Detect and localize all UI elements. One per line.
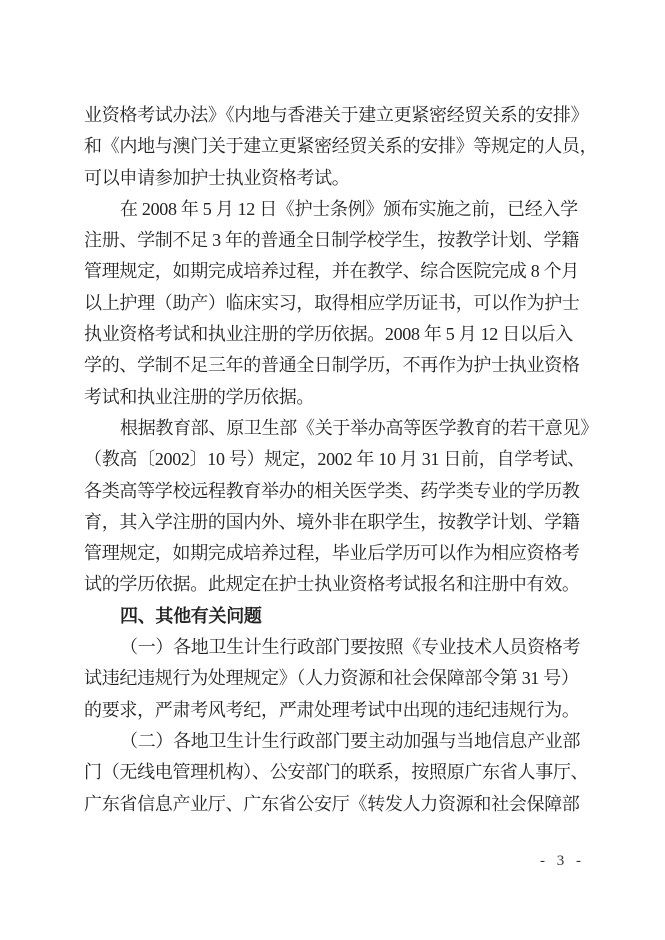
text-line: 学的、学制不足三年的普通全日制学历，不再作为护士执业资格 — [84, 350, 606, 381]
text-line: 试的学历依据。此规定在护士执业资格考试报名和注册中有效。 — [84, 569, 606, 600]
text-line: 在 2008 年 5 月 12 日《护士条例》颁布实施之前，已经入学 — [84, 194, 606, 225]
text-line: 门（无线电管理机构）、公安部门的联系，按照原广东省人事厅、 — [84, 757, 606, 788]
text-line: 执业资格考试和执业注册的学历依据。2008 年 5 月 12 日以后入 — [84, 319, 606, 350]
text-line: 育，其入学注册的国内外、境外非在职学生，按教学计划、学籍 — [84, 507, 606, 538]
text-line: 管理规定，如期完成培养过程，并在教学、综合医院完成 8 个月 — [84, 256, 606, 287]
text-line: 各类高等学校远程教育举办的相关医学类、药学类专业的学历教 — [84, 476, 606, 507]
text-line: 的要求，严肃考风考纪，严肃处理考试中出现的违纪违规行为。 — [84, 695, 606, 726]
text-line: 管理规定，如期完成培养过程，毕业后学历可以作为相应资格考 — [84, 538, 606, 569]
document-page: 业资格考试办法》《内地与香港关于建立更紧密经贸关系的安排》和《内地与澳门关于建立… — [0, 0, 665, 940]
text-line: （一）各地卫生计生行政部门要按照《专业技术人员资格考 — [84, 632, 606, 663]
text-line: （教高〔2002〕10 号）规定，2002 年 10 月 31 日前，自学考试、 — [84, 444, 606, 475]
text-line: 注册、学制不足 3 年的普通全日制学校学生，按教学计划、学籍 — [84, 225, 606, 256]
section-heading: 四、其他有关问题 — [84, 601, 606, 632]
text-line: 考试和执业注册的学历依据。 — [84, 382, 606, 413]
text-line: 业资格考试办法》《内地与香港关于建立更紧密经贸关系的安排》 — [84, 100, 606, 131]
text-line: （二）各地卫生计生行政部门要主动加强与当地信息产业部 — [84, 726, 606, 757]
text-line: 根据教育部、原卫生部《关于举办高等医学教育的若干意见》 — [84, 413, 606, 444]
text-line: 试违纪违规行为处理规定》（人力资源和社会保障部令第 31 号） — [84, 663, 606, 694]
page-number: - 3 - — [540, 853, 585, 870]
text-line: 和《内地与澳门关于建立更紧密经贸关系的安排》等规定的人员， — [84, 131, 606, 162]
text-line: 以上护理（助产）临床实习，取得相应学历证书，可以作为护士 — [84, 288, 606, 319]
text-line: 可以申请参加护士执业资格考试。 — [84, 163, 606, 194]
text-line: 广东省信息产业厅、广东省公安厅《转发人力资源和社会保障部 — [84, 789, 606, 820]
document-body: 业资格考试办法》《内地与香港关于建立更紧密经贸关系的安排》和《内地与澳门关于建立… — [84, 100, 606, 820]
